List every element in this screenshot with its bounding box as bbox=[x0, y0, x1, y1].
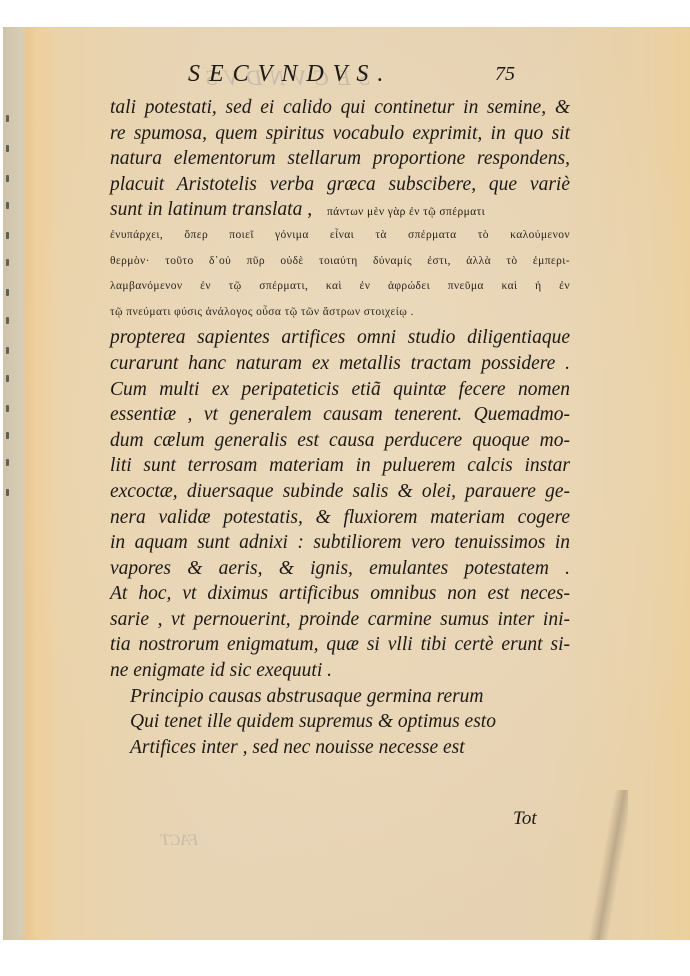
text-line: liti sunt terrosam materiam in puluerem … bbox=[110, 453, 570, 479]
text-line: propterea sapientes artifices omni studi… bbox=[110, 325, 570, 351]
verse-line: Principio causas abstrusaque germina rer… bbox=[110, 684, 570, 710]
text-line: sarie , vt pernouerint, proinde carmine … bbox=[110, 607, 570, 633]
gutter-mark bbox=[6, 259, 9, 266]
text-line-mixed: sunt in latinum translata , πάντων μὲν γ… bbox=[110, 197, 570, 223]
text-line: excoctæ, diuersaque subinde salis & olei… bbox=[110, 479, 570, 505]
greek-line: ἐνυπάρχει, ὅπερ ποιεῖ γόνιμα εἶναι τὰ σπ… bbox=[110, 223, 570, 249]
text-line: dum cælum generalis est causa perducere … bbox=[110, 428, 570, 454]
text-line: nera validæ potestatis, & fluxiorem mate… bbox=[110, 505, 570, 531]
bleed-through-footer: FACT bbox=[161, 832, 198, 850]
text-line: vapores & aeris, & ignis, emulantes pote… bbox=[110, 556, 570, 582]
running-title: SECVNDVS. bbox=[188, 61, 392, 88]
gutter-mark bbox=[6, 289, 9, 296]
catchword: Tot bbox=[513, 808, 537, 830]
greek-line: τῷ πνεύματι φύσις ἀνάλογος οὖσα τῷ τῶν ἄ… bbox=[110, 300, 570, 326]
gutter-mark bbox=[6, 232, 9, 239]
greek-inline-text: πάντων μὲν γὰρ ἐν τῷ σπέρματι bbox=[327, 206, 485, 218]
text-line: natura elementorum stellarum proportione… bbox=[110, 146, 570, 172]
gutter-mark bbox=[6, 432, 9, 439]
body-text: tali potestati, sed ei calido qui contin… bbox=[110, 95, 570, 760]
text-line: re spumosa, quem spiritus vocabulo expri… bbox=[110, 121, 570, 147]
gutter-mark bbox=[6, 202, 9, 209]
latin-text: sunt in latinum translata , bbox=[110, 199, 312, 220]
text-line: Cum multi ex peripateticis etiã quintæ f… bbox=[110, 377, 570, 403]
verse-line: Qui tenet ille quidem supremus & optimus… bbox=[110, 709, 570, 735]
book-page: SECVNDVS FACT SECVNDVS. 75 tali potestat… bbox=[3, 27, 690, 940]
gutter-mark bbox=[6, 115, 9, 122]
text-line: tia nostrorum enigmatum, quæ si vlli tib… bbox=[110, 632, 570, 658]
text-line: essentiæ , vt generalem causam tenerent.… bbox=[110, 402, 570, 428]
text-line: ne enigmate id sic exequuti . bbox=[110, 658, 570, 684]
greek-line: λαμβανόμενον ἐν τῷ σπέρματι, καὶ ἐν ἀφρώ… bbox=[110, 274, 570, 300]
greek-line: θερμὸν· τοῦτο δ᾽οὐ πῦρ οὐδὲ τοιαύτη δύνα… bbox=[110, 249, 570, 275]
page-header: SECVNDVS. 75 bbox=[3, 59, 690, 93]
text-line: in aquam sunt adnixi : subtiliorem vero … bbox=[110, 530, 570, 556]
page-number: 75 bbox=[495, 63, 515, 86]
page-fold-shadow bbox=[588, 790, 628, 940]
gutter-edge bbox=[3, 27, 23, 940]
text-line: curarunt hanc naturam ex metallis tracta… bbox=[110, 351, 570, 377]
gutter-mark bbox=[6, 145, 9, 152]
text-line: placuit Aristotelis verba græca subscibe… bbox=[110, 172, 570, 198]
gutter-mark bbox=[6, 347, 9, 354]
text-line: At hoc, vt diximus artificibus omnibus n… bbox=[110, 581, 570, 607]
gutter-mark bbox=[6, 175, 9, 182]
text-line: tali potestati, sed ei calido qui contin… bbox=[110, 95, 570, 121]
gutter-mark bbox=[6, 459, 9, 466]
gutter-mark bbox=[6, 489, 9, 496]
gutter-mark bbox=[6, 317, 9, 324]
gutter-mark bbox=[6, 405, 9, 412]
gutter-mark bbox=[6, 375, 9, 382]
verse-line: Artifices inter , sed nec nouisse necess… bbox=[110, 735, 570, 761]
